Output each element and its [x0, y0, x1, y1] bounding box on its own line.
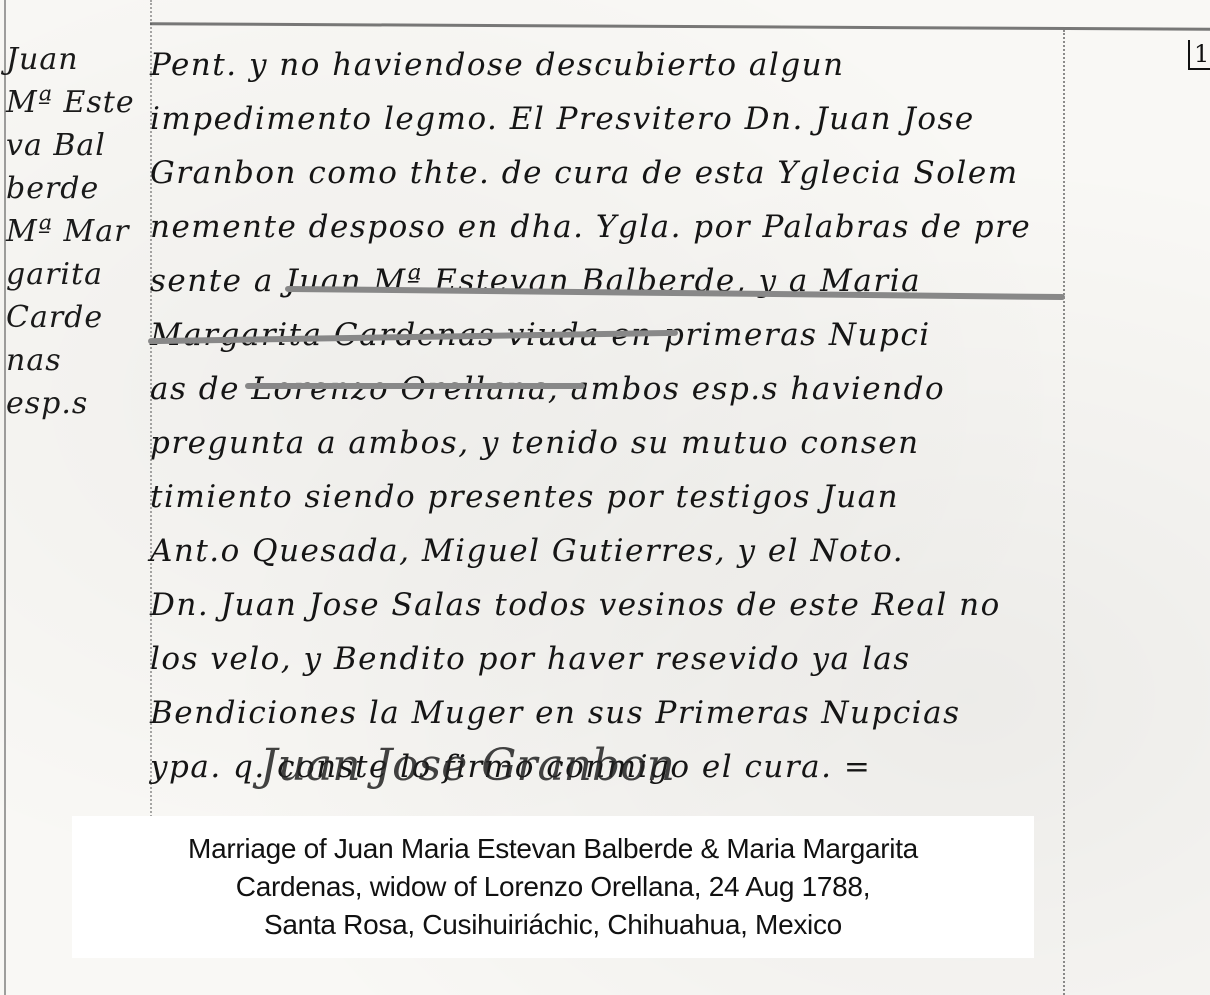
priest-signature: Juan Jose Granbon: [260, 740, 675, 791]
entry-line: Bendiciones la Muger en sus Primeras Nup…: [150, 686, 1060, 740]
handwritten-entry: Pent. y no haviendose descubierto algun …: [150, 38, 1060, 794]
entry-line: Granbon como thte. de cura de esta Yglec…: [150, 146, 1060, 200]
margin-line: va Bal: [6, 124, 146, 167]
entry-line: Pent. y no haviendose descubierto algun: [150, 38, 1060, 92]
margin-line: Mª Mar: [6, 210, 146, 253]
top-ruled-line: [150, 22, 1210, 31]
entry-line: Dn. Juan Jose Salas todos vesinos de est…: [150, 578, 1060, 632]
entry-line: sente a Juan Mª Estevan Balberde, y a Ma…: [150, 254, 1060, 308]
margin-line: Carde: [6, 296, 146, 339]
margin-line: Mª Este: [6, 81, 146, 124]
entry-line: Ant.o Quesada, Miguel Gutierres, y el No…: [150, 524, 1060, 578]
caption-line: Santa Rosa, Cusihuiriáchic, Chihuahua, M…: [264, 906, 842, 944]
margin-line: esp.s: [6, 382, 146, 425]
entry-line: impedimento legmo. El Presvitero Dn. Jua…: [150, 92, 1060, 146]
caption-line: Cardenas, widow of Lorenzo Orellana, 24 …: [236, 868, 870, 906]
entry-line: pregunta a ambos, y tenido su mutuo cons…: [150, 416, 1060, 470]
margin-line: garita: [6, 253, 146, 296]
entry-line: los velo, y Bendito por haver resevido y…: [150, 632, 1060, 686]
caption-box: Marriage of Juan Maria Estevan Balberde …: [72, 816, 1034, 958]
right-dotted-rule: [1063, 30, 1066, 995]
margin-line: berde: [6, 167, 146, 210]
entry-line: timiento siendo presentes por testigos J…: [150, 470, 1060, 524]
caption-line: Marriage of Juan Maria Estevan Balberde …: [188, 830, 918, 868]
entry-line: nemente desposo en dha. Ygla. por Palabr…: [150, 200, 1060, 254]
entry-line: as de Lorenzo Orellana, ambos esp.s havi…: [150, 362, 1060, 416]
margin-annotation: Juan Mª Este va Bal berde Mª Mar garita …: [6, 38, 146, 425]
faded-bottom-text: [150, 955, 1030, 995]
folio-number: 16: [1188, 40, 1210, 70]
scanned-document-page: 16 Juan Mª Este va Bal berde Mª Mar gari…: [0, 0, 1210, 995]
margin-line: Juan: [6, 38, 146, 81]
margin-line: nas: [6, 339, 146, 382]
highlight-underline-late-husband: [245, 383, 585, 389]
